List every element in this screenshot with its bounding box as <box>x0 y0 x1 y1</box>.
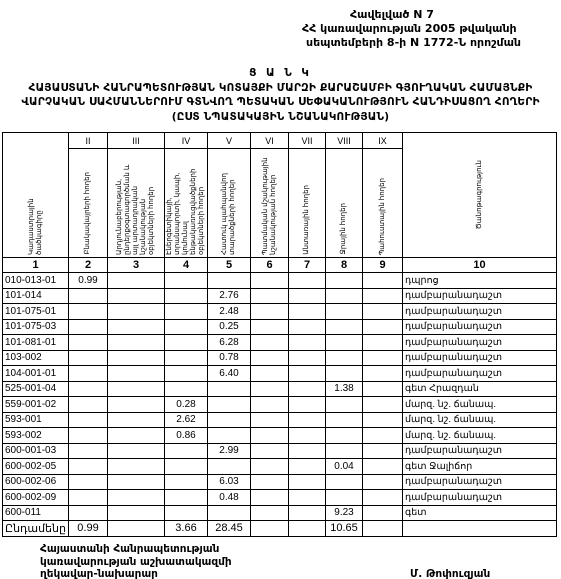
cadastral-code: 600-011 <box>3 505 69 521</box>
area-cell <box>251 350 289 366</box>
area-cell <box>363 350 403 366</box>
cadastral-code: 101-081-01 <box>3 335 69 351</box>
area-cell <box>165 505 208 521</box>
area-cell <box>108 366 165 382</box>
area-cell <box>289 381 326 397</box>
area-cell <box>251 397 289 413</box>
area-cell <box>363 366 403 382</box>
total-cell <box>363 521 403 537</box>
annex-number: Հավելված N 7 <box>300 8 560 22</box>
note-cell: մարզ. նշ. ճանապ. <box>403 428 557 444</box>
area-cell: 2.99 <box>208 443 251 459</box>
area-cell <box>251 459 289 475</box>
area-cell <box>289 288 326 304</box>
roman-numeral-row: Կադաստրային ծածկագիրըIIIIIIVVVIVIIVIIIIX… <box>3 133 557 149</box>
total-row: Ընդամենը0.993.6628.4510.65 <box>3 521 557 537</box>
roman-numeral: VIII <box>326 133 363 149</box>
header-text: Ծանոթագրություն <box>476 160 484 229</box>
roman-numeral: II <box>69 133 108 149</box>
area-cell <box>108 304 165 320</box>
table-row: 559-001-020.28մարզ. նշ. ճանապ. <box>3 397 557 413</box>
cadastral-code: 600-001-03 <box>3 443 69 459</box>
area-cell <box>251 273 289 289</box>
area-cell <box>363 335 403 351</box>
table-row: 101-075-030.25դամբարանադաշտ <box>3 319 557 335</box>
column-number: 9 <box>363 258 403 273</box>
area-cell <box>326 443 363 459</box>
cadastral-code: 600-002-09 <box>3 490 69 506</box>
header-notes: Ծանոթագրություն <box>403 133 557 258</box>
area-cell <box>289 490 326 506</box>
area-cell <box>251 335 289 351</box>
table-row: 103-0020.78դամբարանադաշտ <box>3 350 557 366</box>
area-cell <box>69 443 108 459</box>
area-cell <box>208 397 251 413</box>
area-cell: 0.04 <box>326 459 363 475</box>
area-cell <box>326 490 363 506</box>
area-cell <box>363 304 403 320</box>
note-cell: դամբարանադաշտ <box>403 350 557 366</box>
area-cell <box>108 335 165 351</box>
column-number: 6 <box>251 258 289 273</box>
area-cell <box>251 304 289 320</box>
area-cell <box>108 273 165 289</box>
column-number-row: 12345678910 <box>3 258 557 273</box>
column-header: Էներգետիկայի, տրանսպորտի, կապի, կոմունալ… <box>165 149 208 258</box>
cadastral-code: 600-002-05 <box>3 459 69 475</box>
area-cell <box>208 505 251 521</box>
header-text: Արդյունաբերության, ընդերքօգտագործման և ա… <box>116 155 156 255</box>
table-row: 101-0142.76դամբարանադաշտ <box>3 288 557 304</box>
area-cell <box>69 381 108 397</box>
area-cell <box>165 335 208 351</box>
area-cell <box>208 273 251 289</box>
area-cell <box>108 459 165 475</box>
area-cell <box>363 288 403 304</box>
area-cell <box>165 459 208 475</box>
column-header: Անտառային հողեր <box>289 149 326 258</box>
annex-reference: Հավելված N 7 ՀՀ կառավարության 2005 թվակա… <box>300 8 560 50</box>
cadastral-code: 525-001-04 <box>3 381 69 397</box>
table-row: 600-002-066.03դամբարանադաշտ <box>3 474 557 490</box>
area-cell <box>108 443 165 459</box>
column-header: Պահուստային հողեր <box>363 149 403 258</box>
title-label: Ց Ա Ն Կ <box>0 66 561 81</box>
area-cell <box>326 428 363 444</box>
column-header: Պատմական մշակութային նշանակության հողեր <box>251 149 289 258</box>
note-cell: դամբարանադաշտ <box>403 490 557 506</box>
area-cell <box>69 428 108 444</box>
area-cell <box>363 459 403 475</box>
area-cell: 2.62 <box>165 412 208 428</box>
column-number: 1 <box>3 258 69 273</box>
column-number: 10 <box>403 258 557 273</box>
note-cell: մարզ. նշ. ճանապ. <box>403 412 557 428</box>
annex-decision-line: ՀՀ կառավարության 2005 թվականի <box>300 22 560 36</box>
area-cell <box>69 288 108 304</box>
table-row: 600-002-050.04գետ Ջալիճոր <box>3 459 557 475</box>
roman-numeral: IX <box>363 133 403 149</box>
area-cell <box>251 366 289 382</box>
header-text: Ջրային հողեր <box>340 203 348 255</box>
header-text: Պատմական մշակութային նշանակության հողեր <box>262 155 278 255</box>
note-cell: դամբարանադաշտ <box>403 474 557 490</box>
cadastral-code: 101-075-03 <box>3 319 69 335</box>
total-cell: 0.99 <box>69 521 108 537</box>
header-text: Բնակավայրերի հողեր <box>84 172 92 255</box>
area-cell <box>251 428 289 444</box>
table-row: 101-075-012.48դամբարանադաշտ <box>3 304 557 320</box>
area-cell: 6.40 <box>208 366 251 382</box>
total-cell <box>108 521 165 537</box>
column-number: 8 <box>326 258 363 273</box>
area-cell <box>108 490 165 506</box>
area-cell <box>69 366 108 382</box>
area-cell <box>69 397 108 413</box>
roman-numeral: VI <box>251 133 289 149</box>
table-row: 101-081-016.28դամբարանադաշտ <box>3 335 557 351</box>
cadastral-code: 104-001-01 <box>3 366 69 382</box>
area-cell: 2.48 <box>208 304 251 320</box>
area-cell <box>326 304 363 320</box>
position-line-3: ղեկավար-նախարար <box>40 568 232 579</box>
area-cell <box>165 304 208 320</box>
header-text: Կադաստրային ծածկագիրը <box>28 155 44 255</box>
area-cell <box>326 474 363 490</box>
area-cell: 0.86 <box>165 428 208 444</box>
area-cell <box>69 412 108 428</box>
area-cell <box>251 288 289 304</box>
table-row: 010-013-010.99դպրոց <box>3 273 557 289</box>
column-number: 3 <box>108 258 165 273</box>
area-cell <box>108 428 165 444</box>
total-cell <box>251 521 289 537</box>
area-cell <box>289 350 326 366</box>
note-cell: դամբարանադաշտ <box>403 335 557 351</box>
area-cell <box>165 273 208 289</box>
table-row: 104-001-016.40դամբարանադաշտ <box>3 366 557 382</box>
table-row: 593-0012.62մարզ. նշ. ճանապ. <box>3 412 557 428</box>
area-cell <box>69 474 108 490</box>
signatory-position: Հայաստանի Հանրապետության կառավարության ա… <box>40 543 232 579</box>
area-cell <box>251 505 289 521</box>
position-line-2: կառավարության աշխատակազմի <box>40 556 232 569</box>
area-cell <box>165 443 208 459</box>
header-text: Պահուստային հողեր <box>379 178 387 255</box>
area-cell <box>363 490 403 506</box>
area-cell <box>326 412 363 428</box>
column-header: Հատուկ պահպանվող տարածքների հողեր <box>208 149 251 258</box>
note-cell: դամբարանադաշտ <box>403 443 557 459</box>
area-cell <box>326 273 363 289</box>
annex-date-line: սեպտեմբերի 8-ի N 1772-Ն որոշման <box>300 36 560 50</box>
total-cell <box>403 521 557 537</box>
area-cell: 0.28 <box>165 397 208 413</box>
area-cell <box>326 350 363 366</box>
area-cell <box>108 381 165 397</box>
area-cell <box>326 319 363 335</box>
area-cell <box>289 304 326 320</box>
area-cell <box>69 459 108 475</box>
total-cell: 3.66 <box>165 521 208 537</box>
area-cell <box>289 505 326 521</box>
note-cell: գետ Հրազդան <box>403 381 557 397</box>
area-cell: 6.03 <box>208 474 251 490</box>
column-number: 2 <box>69 258 108 273</box>
cadastral-code: 593-001 <box>3 412 69 428</box>
cadastral-code: 593-002 <box>3 428 69 444</box>
note-cell: մարզ. նշ. ճանապ. <box>403 397 557 413</box>
area-cell <box>69 335 108 351</box>
area-cell <box>363 273 403 289</box>
document-title: Ց Ա Ն Կ ՀԱՅԱՍՏԱՆԻ ՀԱՆՐԱՊԵՏՈՒԹՅԱՆ ԿՈՏԱՅՔԻ… <box>0 66 561 124</box>
area-cell <box>108 397 165 413</box>
cadastral-code: 103-002 <box>3 350 69 366</box>
area-cell <box>165 381 208 397</box>
area-cell: 2.76 <box>208 288 251 304</box>
area-cell <box>69 304 108 320</box>
land-table: Կադաստրային ծածկագիրըIIIIIIVVVIVIIVIIIIX… <box>2 132 557 537</box>
column-header: Բնակավայրերի հողեր <box>69 149 108 258</box>
roman-numeral: V <box>208 133 251 149</box>
area-cell <box>108 412 165 428</box>
table-row: 525-001-041.38գետ Հրազդան <box>3 381 557 397</box>
area-cell: 0.48 <box>208 490 251 506</box>
table-row: 600-002-090.48դամբարանադաշտ <box>3 490 557 506</box>
header-text: Հատուկ պահպանվող տարածքների հողեր <box>221 155 237 255</box>
area-cell: 1.38 <box>326 381 363 397</box>
area-cell <box>165 366 208 382</box>
area-cell: 0.99 <box>69 273 108 289</box>
area-cell <box>326 366 363 382</box>
note-cell: դամբարանադաշտ <box>403 304 557 320</box>
area-cell <box>165 490 208 506</box>
note-cell: գետ <box>403 505 557 521</box>
cadastral-code: 600-002-06 <box>3 474 69 490</box>
column-header: Ջրային հողեր <box>326 149 363 258</box>
area-cell <box>251 443 289 459</box>
table-row: 600-0119.23գետ <box>3 505 557 521</box>
signatory-name: Մ. Թոփուզյան <box>410 568 490 579</box>
area-cell <box>363 397 403 413</box>
area-cell <box>165 474 208 490</box>
title-line-1: ՀԱՅԱՍՏԱՆԻ ՀԱՆՐԱՊԵՏՈՒԹՅԱՆ ԿՈՏԱՅՔԻ ՄԱՐԶԻ Ք… <box>0 81 561 96</box>
roman-numeral: IV <box>165 133 208 149</box>
area-cell <box>289 319 326 335</box>
area-cell <box>326 288 363 304</box>
area-cell <box>108 474 165 490</box>
area-cell <box>289 335 326 351</box>
cadastral-code: 559-001-02 <box>3 397 69 413</box>
area-cell <box>108 505 165 521</box>
area-cell <box>208 381 251 397</box>
area-cell: 9.23 <box>326 505 363 521</box>
area-cell <box>251 319 289 335</box>
area-cell <box>363 381 403 397</box>
area-cell: 6.28 <box>208 335 251 351</box>
total-cell: 28.45 <box>208 521 251 537</box>
area-cell <box>289 273 326 289</box>
note-cell: դպրոց <box>403 273 557 289</box>
roman-numeral: VII <box>289 133 326 149</box>
area-cell <box>251 474 289 490</box>
column-number: 4 <box>165 258 208 273</box>
total-label: Ընդամենը <box>3 521 69 537</box>
area-cell: 0.78 <box>208 350 251 366</box>
area-cell <box>289 459 326 475</box>
note-cell: դամբարանադաշտ <box>403 288 557 304</box>
area-cell <box>289 412 326 428</box>
area-cell <box>363 319 403 335</box>
area-cell <box>69 490 108 506</box>
cadastral-code: 010-013-01 <box>3 273 69 289</box>
title-line-2: ՎԱՐՉԱԿԱՆ ՍԱՀՄԱՆՆԵՐՈՒՄ ԳՏՆՎՈՂ ՊԵՏԱԿԱՆ ՍԵՓ… <box>0 95 561 110</box>
column-number: 5 <box>208 258 251 273</box>
total-cell <box>289 521 326 537</box>
area-cell <box>208 412 251 428</box>
area-cell <box>251 412 289 428</box>
area-cell <box>289 397 326 413</box>
area-cell <box>363 412 403 428</box>
area-cell <box>208 459 251 475</box>
area-cell: 0.25 <box>208 319 251 335</box>
position-line-1: Հայաստանի Հանրապետության <box>40 543 232 556</box>
area-cell <box>165 288 208 304</box>
area-cell <box>208 428 251 444</box>
area-cell <box>69 505 108 521</box>
area-cell <box>289 443 326 459</box>
total-cell: 10.65 <box>326 521 363 537</box>
cadastral-code: 101-075-01 <box>3 304 69 320</box>
area-cell <box>108 288 165 304</box>
area-cell <box>69 350 108 366</box>
column-number: 7 <box>289 258 326 273</box>
area-cell <box>363 505 403 521</box>
area-cell <box>363 443 403 459</box>
table-row: 600-001-032.99դամբարանադաշտ <box>3 443 557 459</box>
header-cadastral-code: Կադաստրային ծածկագիրը <box>3 133 69 258</box>
area-cell <box>289 428 326 444</box>
note-cell: դամբարանադաշտ <box>403 319 557 335</box>
note-cell: գետ Ջալիճոր <box>403 459 557 475</box>
area-cell <box>326 397 363 413</box>
area-cell <box>165 319 208 335</box>
area-cell <box>289 366 326 382</box>
area-cell <box>108 350 165 366</box>
area-cell <box>363 474 403 490</box>
area-cell <box>326 335 363 351</box>
area-cell <box>108 319 165 335</box>
column-header: Արդյունաբերության, ընդերքօգտագործման և ա… <box>108 149 165 258</box>
area-cell <box>251 490 289 506</box>
area-cell <box>165 350 208 366</box>
area-cell <box>251 381 289 397</box>
cadastral-code: 101-014 <box>3 288 69 304</box>
header-text: Էներգետիկայի, տրանսպորտի, կապի, կոմունալ… <box>166 155 206 255</box>
area-cell <box>69 319 108 335</box>
header-text: Անտառային հողեր <box>303 185 311 255</box>
area-cell <box>289 474 326 490</box>
note-cell: դամբարանադաշտ <box>403 366 557 382</box>
title-line-3: (ԸՍՏ ՆՊԱՏԱԿԱՅԻՆ ՆՇԱՆԱԿՈՒԹՅԱՆ) <box>0 110 561 125</box>
table-row: 593-0020.86մարզ. նշ. ճանապ. <box>3 428 557 444</box>
roman-numeral: III <box>108 133 165 149</box>
area-cell <box>363 428 403 444</box>
